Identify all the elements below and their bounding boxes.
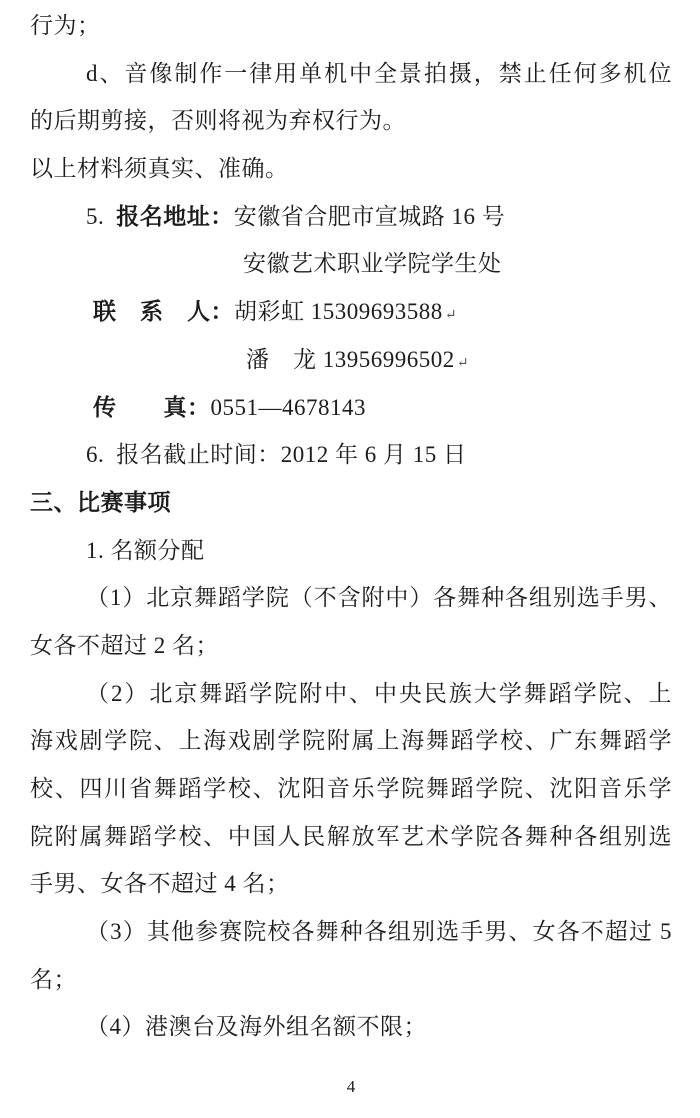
contact-person1-value: 胡彩虹 15309693588 [234, 299, 443, 324]
quota2-line4: 院附属舞蹈学校、中国人民解放军艺术学院各舞种各组别选 [30, 813, 672, 861]
item6-text: 报名截止时间：2012 年 6 月 15 日 [116, 442, 466, 467]
behavior-tail-line: 行为； [30, 2, 672, 50]
fax-label: 传 真： [93, 395, 211, 420]
item-d-line1: d、音像制作一律用单机中全景拍摄，禁止任何多机位 [30, 50, 672, 98]
quota2-line1: （2）北京舞蹈学院附中、中央民族大学舞蹈学院、上 [30, 670, 672, 718]
item5-label: 报名地址： [116, 204, 234, 229]
materials-note-line: 以上材料须真实、准确。 [30, 145, 672, 193]
quota2-line5: 手男、女各不超过 4 名； [30, 860, 672, 908]
contact-person2-value: 潘 龙 13956996502 [246, 347, 455, 372]
page-number: 4 [30, 1077, 672, 1097]
item5-address-value1: 安徽省合肥市宣城路 16 号 [234, 204, 506, 229]
quota3-line1: （3）其他参赛院校各舞种各组别选手男、女各不超过 5 [30, 908, 672, 956]
fax-number: 0551—4678143 [211, 395, 367, 420]
quota1-line1: （1）北京舞蹈学院（不含附中）各舞种各组别选手男、 [30, 574, 672, 622]
section3-heading: 三、比赛事项 [30, 479, 672, 527]
item5-number: 5. [86, 204, 104, 229]
item-d-line2: 的后期剪接，否则将视为弃权行为。 [30, 97, 672, 145]
quota1-line2: 女各不超过 2 名； [30, 622, 672, 670]
item6-number: 6. [86, 442, 104, 467]
item5-address-line2: 安徽艺术职业学院学生处 [30, 240, 672, 288]
quota3-line2: 名； [30, 956, 672, 1004]
document-page: 行为； d、音像制作一律用单机中全景拍摄，禁止任何多机位 的后期剪接，否则将视为… [0, 0, 700, 1118]
sub1-heading: 1. 名额分配 [30, 527, 672, 575]
contact-person1-line: 联 系 人：胡彩虹 15309693588↵ [30, 288, 672, 336]
item6-deadline-line: 6.报名截止时间：2012 年 6 月 15 日 [30, 431, 672, 479]
return-mark-icon: ↵ [457, 356, 469, 371]
quota2-line3: 校、四川省舞蹈学校、沈阳音乐学院舞蹈学院、沈阳音乐学 [30, 765, 672, 813]
item5-address-line1: 5.报名地址：安徽省合肥市宣城路 16 号 [30, 193, 672, 241]
return-mark-icon: ↵ [445, 308, 457, 323]
quota4-line: （4）港澳台及海外组名额不限； [30, 1003, 672, 1051]
contact-label: 联 系 人： [93, 299, 234, 324]
contact-person2-line: 潘 龙 13956996502↵ [30, 336, 672, 384]
fax-line: 传 真：0551—4678143 [30, 384, 672, 432]
quota2-line2: 海戏剧学院、上海戏剧学院附属上海舞蹈学校、广东舞蹈学 [30, 717, 672, 765]
